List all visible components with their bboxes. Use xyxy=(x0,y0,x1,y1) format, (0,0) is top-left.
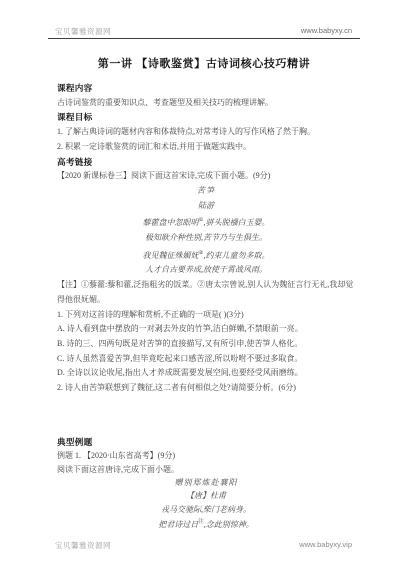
examples-section: 典型例题 例题 1. 【2020·山东省高考】(9分) 阅读下面这首唐诗,完成下… xyxy=(57,436,355,532)
poem2-author: 【唐】杜甫 xyxy=(57,489,355,502)
poem1-line: 藜藿盘中忽眼明①,骈头脱襁白玉婴。 xyxy=(57,213,355,231)
section-heading-gaokao-link: 高考链接 xyxy=(57,155,355,170)
header-divider xyxy=(48,38,360,39)
section-heading-course-content: 课程内容 xyxy=(57,81,355,96)
footer-site-url: www.babyxy.vip xyxy=(299,540,352,549)
section-heading-examples: 典型例题 xyxy=(57,436,355,449)
poem1-author: 陆游 xyxy=(57,199,355,214)
example1-intro: 阅读下面这首唐诗,完成下面小题。 xyxy=(57,463,355,476)
poem1-footnote: 【注】①藜藿:藜和藿,泛指粗劣的饭菜。②唐太宗曾说,别人认为魏征言行无礼,我却觉… xyxy=(57,278,355,307)
question-1-option-c: C. 诗人虽然喜爱苦笋,但毕竟吃起来口感苦涩,所以吩咐不要过多取食。 xyxy=(57,352,355,367)
course-goal-item: 1. 了解古典诗词的题材内容和体裁特点,对常考诗人的写作风格了然于胸。 xyxy=(57,125,355,140)
poem1-line: 我见魏征殊媚妩②,约束儿童勿多取。 xyxy=(57,246,355,264)
question-1-option-d: D. 全诗以议论收尾,指出人才养成既需要发展空间,也要经受风雨磨练。 xyxy=(57,366,355,381)
poem1-line: 人才自古要养成,放使干霄战风雨。 xyxy=(57,263,355,278)
page-title: 第一讲 【诗歌鉴赏】古诗词核心技巧精讲 xyxy=(0,55,408,71)
footer-site-name: 宝贝馨雅资源网 xyxy=(55,540,111,551)
question-1: 1. 下列对这首诗的理解和赏析,不正确的一项是( )(3分) xyxy=(57,308,355,323)
course-content-text: 古诗词鉴赏的重要知识点、考查题型及相关技巧的梳理讲解。 xyxy=(57,96,355,111)
answer-blank-space xyxy=(57,396,355,436)
document-page: 宝贝馨雅资源网 www.babyxy.cn 第一讲 【诗歌鉴赏】古诗词核心技巧精… xyxy=(0,0,408,580)
section-heading-course-goals: 课程目标 xyxy=(57,110,355,125)
poem2-line: 把君诗过日注,念此别惊神。 xyxy=(57,516,355,531)
example1-label: 例题 1. 【2020·山东省高考】(9分) xyxy=(57,449,355,462)
poem1-title: 苦笋 xyxy=(57,184,355,199)
header-site-name: 宝贝馨雅资源网 xyxy=(55,26,111,37)
gaokao-exam-intro: 【2020 新课标卷三】阅读下面这首宋诗,完成下面小题。(9分) xyxy=(57,169,355,184)
poem2-line: 戎马交驰际,柴门老病身。 xyxy=(57,503,355,516)
poem1-line: 极知耿介种性别,苦节乃与生俱生。 xyxy=(57,231,355,246)
question-2: 2. 诗人由苦笋联想到了魏征,这二者有何相似之处?请简要分析。(6分) xyxy=(57,381,355,396)
question-1-option-a: A. 诗人看到盘中摆放的一对剥去外皮的竹笋,洁白鲜嫩,不禁眼前一亮。 xyxy=(57,322,355,337)
document-body: 课程内容 古诗词鉴赏的重要知识点、考查题型及相关技巧的梳理讲解。 课程目标 1.… xyxy=(57,81,355,532)
question-1-option-b: B. 诗的三、四两句既是对苦笋的直接描写,又有所引申,使苦笋人格化。 xyxy=(57,337,355,352)
poem2-title: 赠别郑炼赴襄阳 xyxy=(57,476,355,489)
header-site-url: www.babyxy.cn xyxy=(301,26,352,35)
course-goal-item: 2. 积累一定诗歌鉴赏的词汇和术语,并用于做题实践中。 xyxy=(57,140,355,155)
